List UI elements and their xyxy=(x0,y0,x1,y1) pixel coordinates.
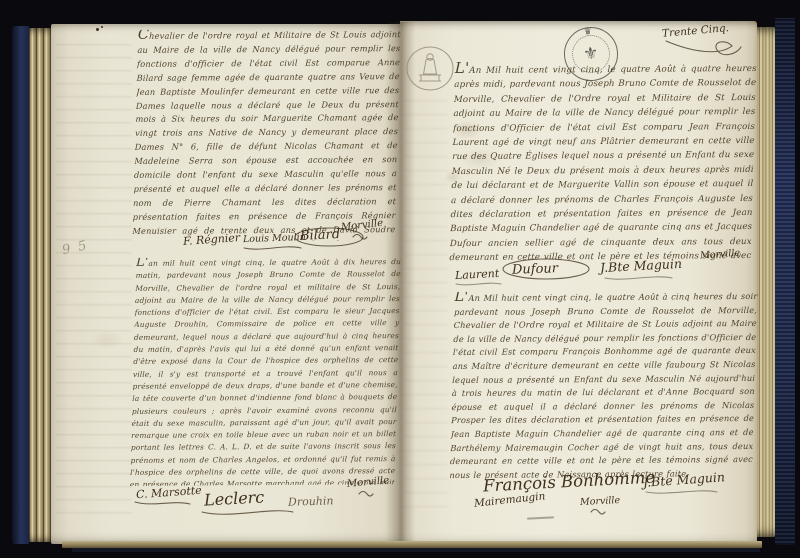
signature-flourish xyxy=(455,281,503,287)
ink-bleedthrough-left xyxy=(56,44,132,522)
register-photo: ♛ ⚜ Trente Cinq. 95 Chevalier de l'ordre… xyxy=(0,0,800,558)
signature-flourish xyxy=(604,274,674,282)
signature-laurent: Laurent xyxy=(455,267,500,282)
ink-speck xyxy=(101,26,103,28)
page-edges-right xyxy=(757,27,775,537)
signature-paraph xyxy=(352,233,368,241)
ink-bleedthrough-right xyxy=(404,100,448,520)
birth-record-bonhomme-text: L'An Mil huit cent vingt cinq, le quatre… xyxy=(449,290,757,480)
signature-paraph xyxy=(358,490,374,498)
embossed-seal xyxy=(405,45,455,92)
signature-flourish xyxy=(501,257,591,281)
foundling-record-angelos-text: L'an mil huit cent vingt cinq, le quatre… xyxy=(130,256,401,486)
signature-flourish xyxy=(134,499,192,507)
book-cover-right xyxy=(775,18,795,545)
book-cover-bottom xyxy=(72,548,760,552)
page-edges-bottom xyxy=(62,541,762,548)
book-cover-left xyxy=(12,26,29,544)
signature-drouhin: Drouhin xyxy=(288,494,334,509)
signature-flourish xyxy=(200,507,296,517)
page-edges-left xyxy=(29,28,51,542)
ink-speck xyxy=(96,28,99,31)
folio-flourish xyxy=(664,38,744,62)
birth-record-chamant-text: Chevalier de l'ordre royal et Militaire … xyxy=(132,28,401,242)
signature-flourish xyxy=(645,488,719,496)
signature-paraph xyxy=(590,508,606,516)
birth-record-laurent-text: L'An Mil huit cent vingt cinq, le quatre… xyxy=(449,60,757,268)
signature-morville: Morville xyxy=(580,495,621,508)
